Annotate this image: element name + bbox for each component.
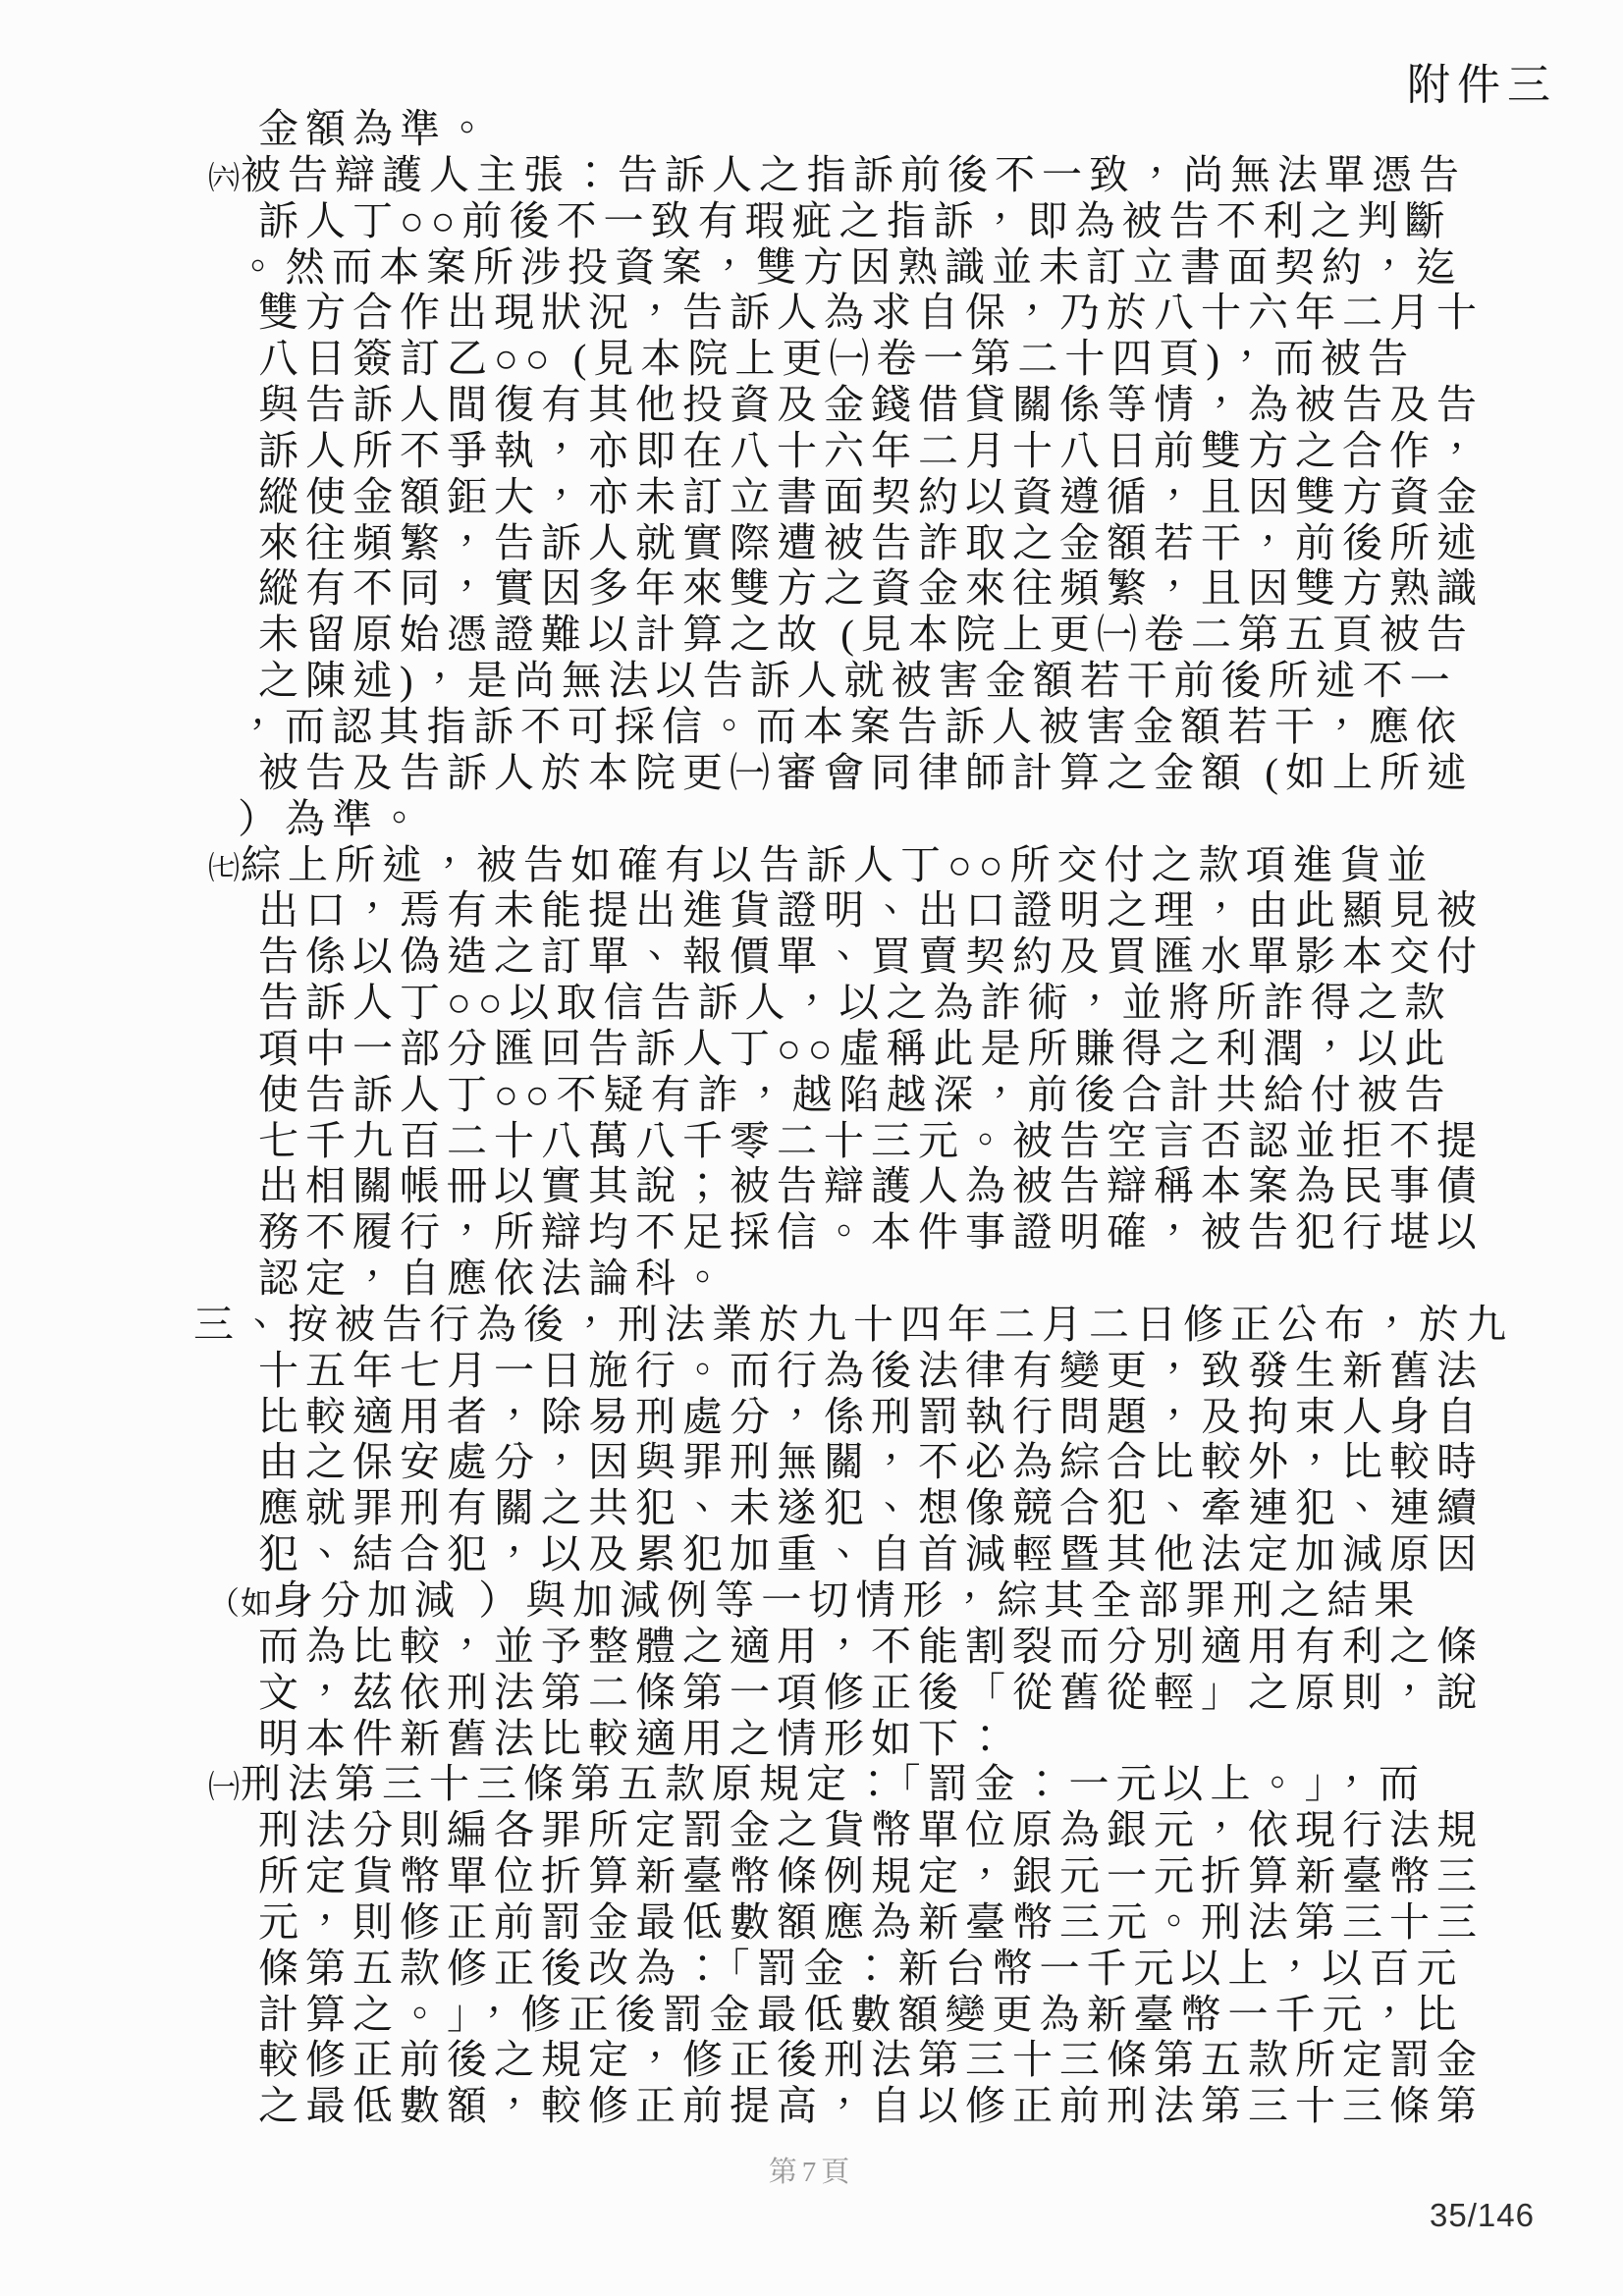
page-counter: 35/146	[1430, 2197, 1535, 2234]
text-line: 告訴人丁○○以取信告訴人，以之為詐術，並將所詐得之款	[0, 980, 1623, 1026]
text-line: 來往頻繁，告訴人就實際遭被告詐取之金額若干，前後所述	[0, 520, 1623, 566]
text-line: 告係以偽造之訂單、報價單、買賣契約及買匯水單影本交付	[0, 934, 1623, 980]
footer-page-label: 第7頁	[0, 2150, 1623, 2190]
text-line: 雙方合作出現狀況，告訴人為求自保，乃於八十六年二月十	[0, 290, 1623, 336]
text-line: 之最低數額，較修正前提高，自以修正前刑法第三十三條第	[0, 2083, 1623, 2129]
text-line: 。然而本案所涉投資案，雙方因熟識並未訂立書面契約，迄	[0, 244, 1623, 291]
text-line: ）為準。	[0, 796, 1623, 842]
text-line: ㈦綜上所述，被告如確有以告訴人丁○○所交付之款項進貨並	[0, 842, 1623, 888]
text-line: 計算之。」，修正後罰金最低數額變更為新臺幣一千元，比	[0, 1992, 1623, 2038]
text-line: 使告訴人丁○○不疑有詐，越陷越深，前後合計共給付被告	[0, 1072, 1623, 1118]
text-line: 而為比較，並予整體之適用，不能割裂而分別適用有利之條	[0, 1624, 1623, 1670]
text-line: 訴人所不爭執，亦即在八十六年二月十八日前雙方之合作，	[0, 428, 1623, 474]
text-line: 務不履行，所辯均不足採信。本件事證明確，被告犯行堪以	[0, 1209, 1623, 1255]
attachment-label: 附件三	[1407, 49, 1557, 112]
text-line: 縱使金額鉅大，亦未訂立書面契約以資遵循，且因雙方資金	[0, 474, 1623, 520]
text-line: 應就罪刑有關之共犯、未遂犯、想像競合犯、牽連犯、連續	[0, 1485, 1623, 1531]
text-line: 被告及告訴人於本院更㈠審會同律師計算之金額 (如上所述	[0, 750, 1623, 796]
text-line: ㈠刑法第三十三條第五款原規定：「罰金：一元以上。」，而	[0, 1761, 1623, 1807]
text-line: 認定，自應依法論科。	[0, 1255, 1623, 1302]
text-line: 所定貨幣單位折算新臺幣條例規定，銀元一元折算新臺幣三	[0, 1853, 1623, 1899]
document-body: 金額為準。㈥被告辯護人主張：告訴人之指訴前後不一致，尚無法單憑告訴人丁○○前後不…	[0, 106, 1623, 2129]
text-line: 訴人丁○○前後不一致有瑕疵之指訴，即為被告不利之判斷	[0, 198, 1623, 244]
text-line: 未留原始憑證難以計算之故 (見本院上更㈠卷二第五頁被告	[0, 612, 1623, 658]
text-line: 出相關帳冊以實其說；被告辯護人為被告辯稱本案為民事債	[0, 1163, 1623, 1209]
text-line: 條第五款修正後改為：「罰金：新台幣一千元以上，以百元	[0, 1946, 1623, 1992]
text-line: 明本件新舊法比較適用之情形如下：	[0, 1716, 1623, 1762]
text-line: 與告訴人間復有其他投資及金錢借貸關係等情，為被告及告	[0, 382, 1623, 428]
text-line: 之陳述)，是尚無法以告訴人就被害金額若干前後所述不一	[0, 658, 1623, 704]
text-line: 八日簽訂乙○○ (見本院上更㈠卷一第二十四頁)，而被告	[0, 336, 1623, 382]
document-page: 附件三 金額為準。㈥被告辯護人主張：告訴人之指訴前後不一致，尚無法單憑告訴人丁○…	[0, 0, 1623, 2296]
text-line: 由之保安處分，因與罪刑無關，不必為綜合比較外，比較時	[0, 1439, 1623, 1485]
text-line: 金額為準。	[0, 106, 1623, 152]
text-line: 刑法分則編各罪所定罰金之貨幣單位原為銀元，依現行法規	[0, 1807, 1623, 1853]
text-line: （如身分加減 ）與加減例等一切情形，綜其全部罪刑之結果	[0, 1577, 1623, 1624]
text-line: ㈥被告辯護人主張：告訴人之指訴前後不一致，尚無法單憑告	[0, 152, 1623, 198]
text-line: 十五年七月一日施行。而行為後法律有變更，致發生新舊法	[0, 1348, 1623, 1394]
text-line: 縱有不同，實因多年來雙方之資金來往頻繁，且因雙方熟識	[0, 565, 1623, 612]
text-line: 較修正前後之規定，修正後刑法第三十三條第五款所定罰金	[0, 2037, 1623, 2083]
text-line: 項中一部分匯回告訴人丁○○虛稱此是所賺得之利潤，以此	[0, 1026, 1623, 1072]
text-line: 文，茲依刑法第二條第一項修正後「從舊從輕」之原則，說	[0, 1670, 1623, 1716]
text-line: 比較適用者，除易刑處分，係刑罰執行問題，及拘束人身自	[0, 1394, 1623, 1440]
text-line: 元，則修正前罰金最低數額應為新臺幣三元。刑法第三十三	[0, 1899, 1623, 1946]
text-line: 出口，焉有未能提出進貨證明、出口證明之理，由此顯見被	[0, 887, 1623, 934]
text-line: 三、按被告行為後，刑法業於九十四年二月二日修正公布，於九	[0, 1302, 1623, 1348]
text-line: ，而認其指訴不可採信。而本案告訴人被害金額若干，應依	[0, 704, 1623, 750]
text-line: 七千九百二十八萬八千零二十三元。被告空言否認並拒不提	[0, 1118, 1623, 1164]
text-line: 犯、結合犯，以及累犯加重、自首減輕暨其他法定加減原因	[0, 1531, 1623, 1577]
